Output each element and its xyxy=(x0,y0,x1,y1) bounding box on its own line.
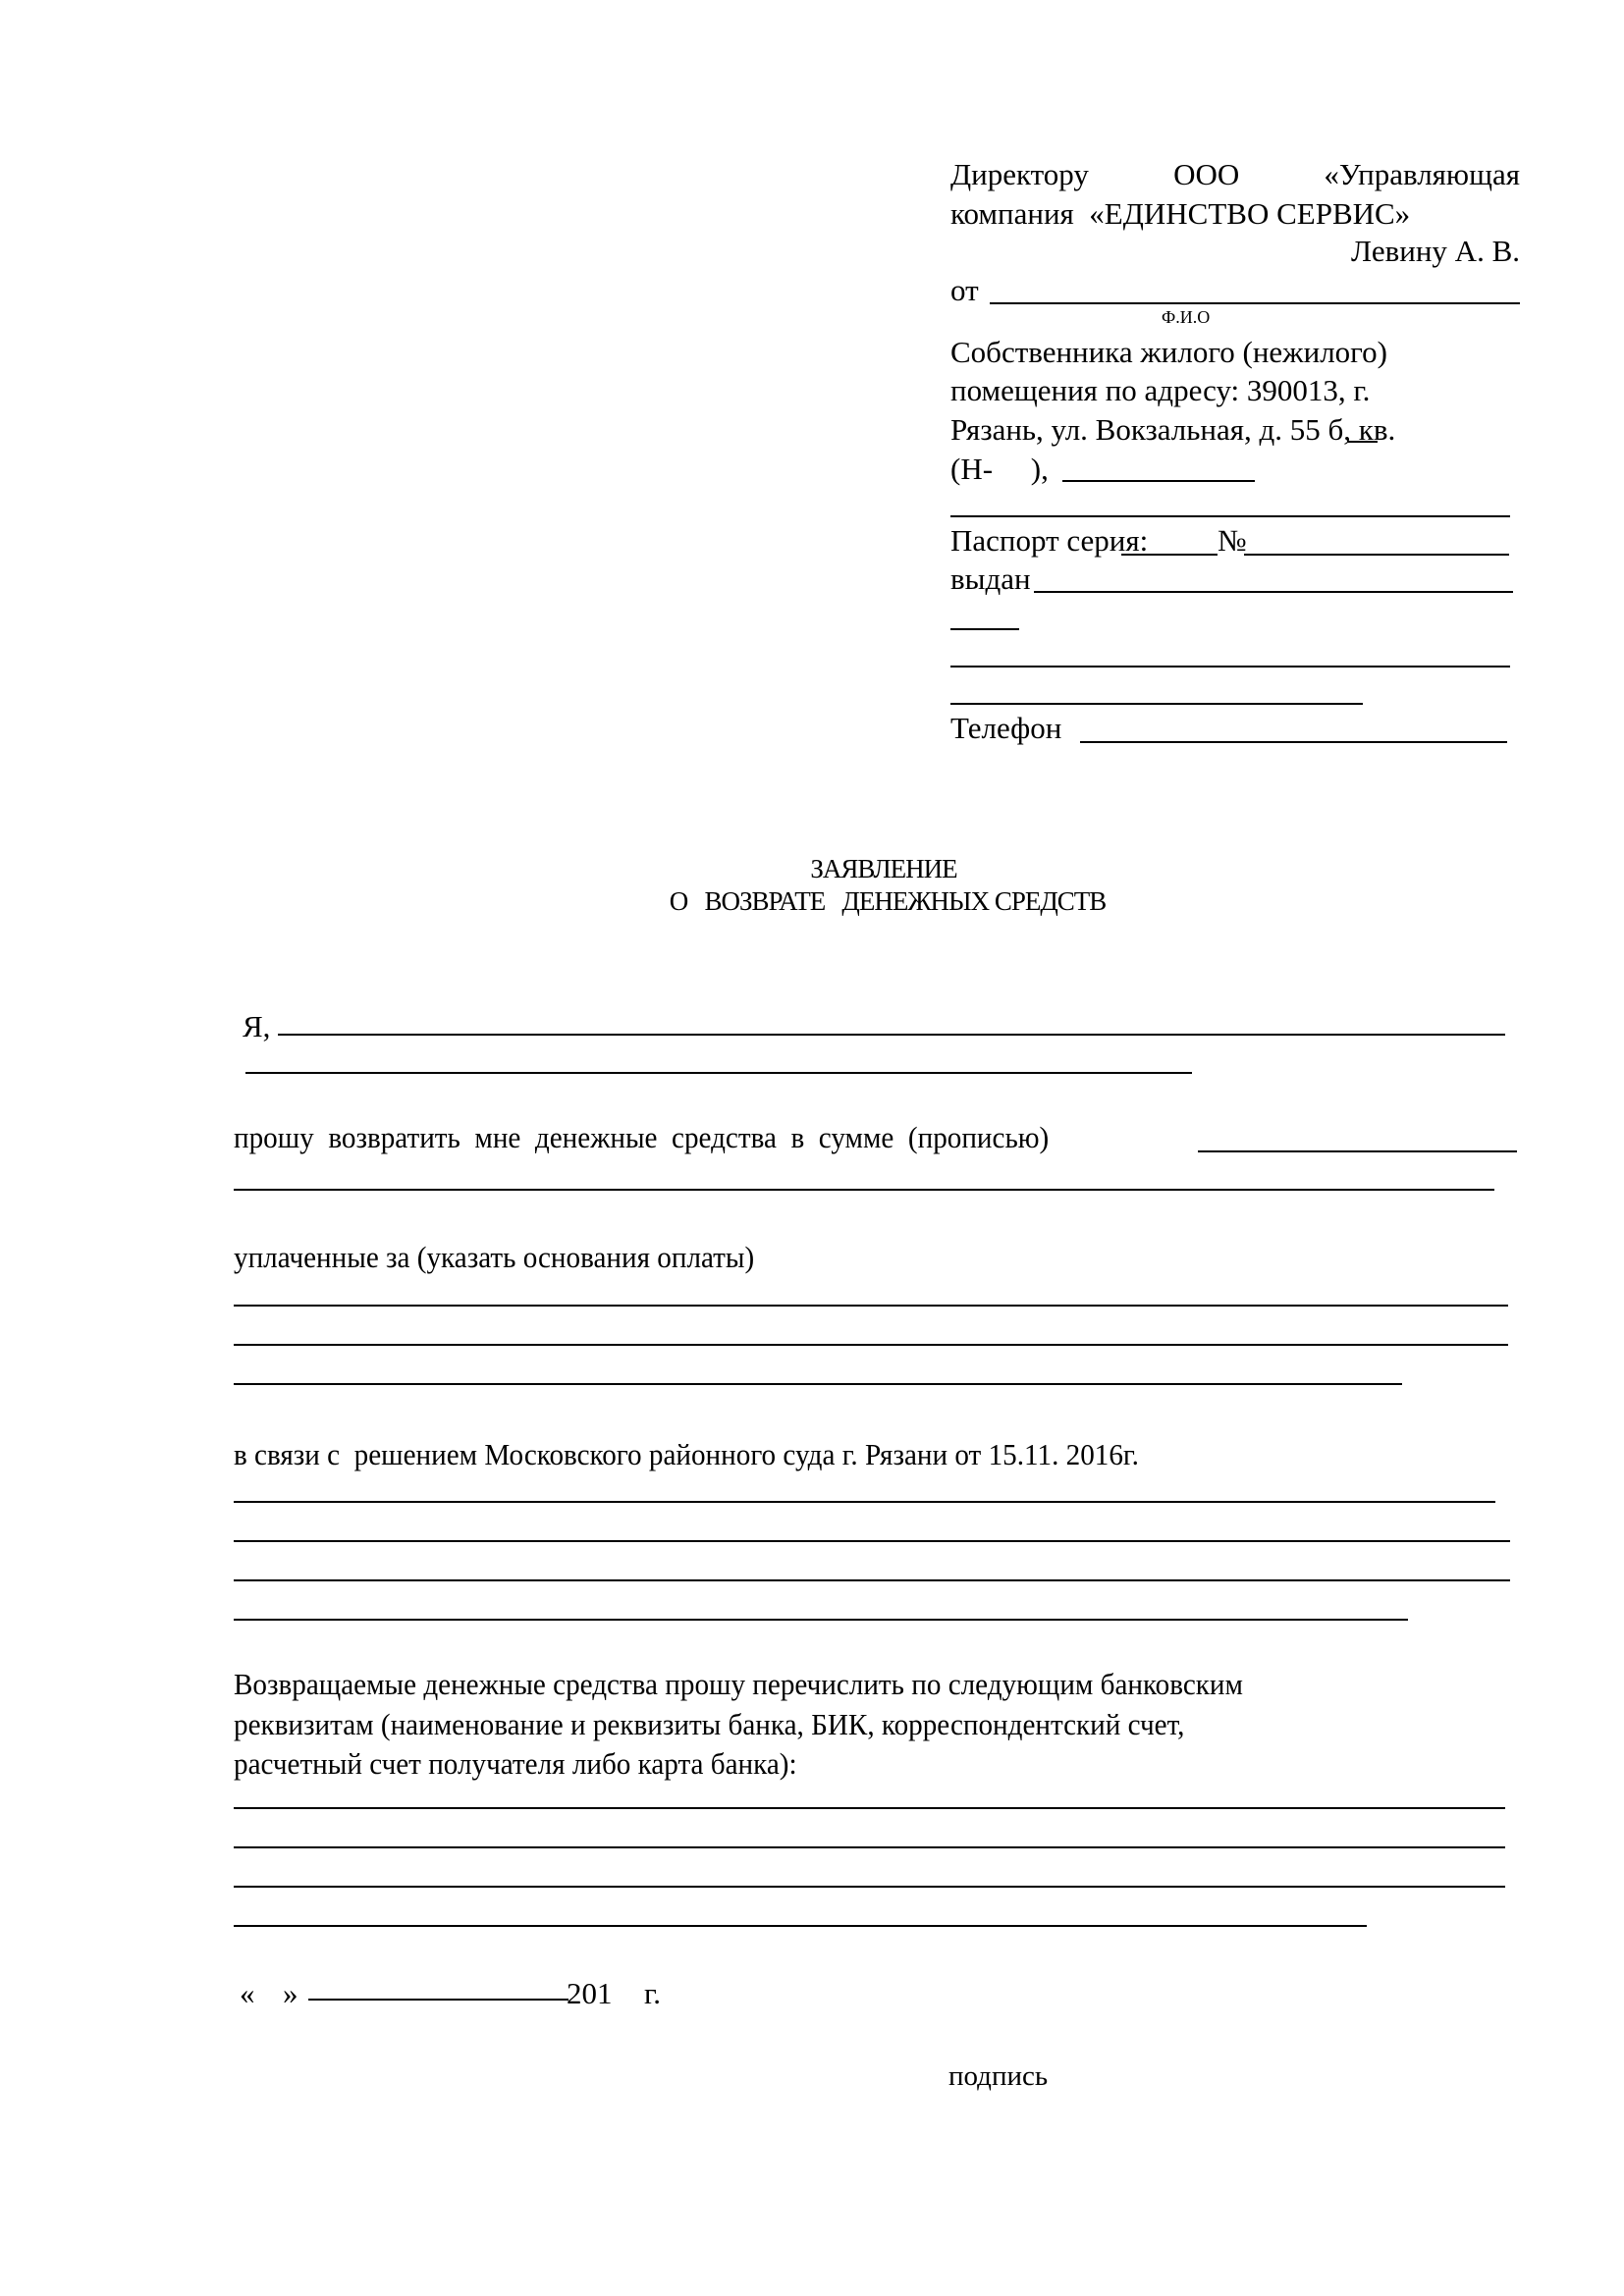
addressee-director: Директору xyxy=(950,159,1089,189)
phone-field[interactable] xyxy=(1080,741,1507,743)
date-month-field[interactable] xyxy=(308,1999,568,2001)
owner-line-4: (Н- ), xyxy=(950,454,1049,484)
bank-details-field-3[interactable] xyxy=(234,1886,1505,1888)
payment-basis-field-2[interactable] xyxy=(234,1344,1508,1346)
from-label: от xyxy=(950,275,979,305)
year-prefix: 201 xyxy=(567,1978,613,2008)
bank-details-field-2[interactable] xyxy=(234,1846,1505,1848)
addressee-company: компания «ЕДИНСТВО СЕРВИС» xyxy=(950,198,1410,229)
reason-field-2[interactable] xyxy=(234,1540,1510,1542)
addressee-name: Левину А. В. xyxy=(950,236,1520,266)
document-title: ЗАЯВЛЕНИЕ xyxy=(0,856,1624,882)
passport-label: Паспорт серия: xyxy=(950,525,1148,556)
bank-text-line-3: расчетный счет получателя либо карта бан… xyxy=(234,1748,797,1779)
reason-field-4[interactable] xyxy=(234,1619,1408,1621)
applicant-name-field[interactable] xyxy=(278,1034,1505,1036)
reason-field-1[interactable] xyxy=(234,1501,1495,1503)
phone-label: Телефон xyxy=(950,713,1061,743)
applicant-name-field-cont[interactable] xyxy=(245,1072,1192,1074)
bank-text-line-2: реквизитам (наименование и реквизиты бан… xyxy=(234,1709,1184,1739)
issued-by-field-line-3[interactable] xyxy=(950,703,1363,705)
bank-details-field-4[interactable] xyxy=(234,1925,1367,1927)
document-subtitle: О ВОЗВРАТЕ ДЕНЕЖНЫХ СРЕДСТВ xyxy=(0,888,1624,915)
request-text: прошу возвратить мне денежные средства в… xyxy=(234,1122,1049,1152)
owner-line-3: Рязань, ул. Вокзальная, д. 55 б, кв. xyxy=(950,414,1395,445)
addressee-ooo: ООО xyxy=(1173,159,1239,189)
issued-by-field-line-2[interactable] xyxy=(950,666,1510,667)
year-suffix: г. xyxy=(644,1978,661,2008)
payment-basis-field-1[interactable] xyxy=(234,1305,1508,1307)
paid-for-text: уплаченные за (указать основания оплаты) xyxy=(234,1242,754,1272)
amount-words-field[interactable] xyxy=(1198,1150,1517,1152)
from-fio-field[interactable] xyxy=(990,302,1520,304)
addressee-line-1: Директору ООО «Управляющая xyxy=(950,159,1520,189)
apartment-field[interactable] xyxy=(1348,441,1378,443)
addressee-company-start: «Управляющая xyxy=(1324,159,1520,189)
issued-by-field-cont[interactable] xyxy=(950,628,1019,630)
signature-label: подпись xyxy=(948,2062,1048,2091)
court-decision-text: в связи с решением Московского районного… xyxy=(234,1439,1139,1469)
i-label: Я, xyxy=(243,1011,270,1041)
bank-text-line-1: Возвращаемые денежные средства прошу пер… xyxy=(234,1669,1243,1699)
owner-line-2: помещения по адресу: 390013, г. xyxy=(950,375,1370,405)
passport-series-field[interactable] xyxy=(1121,554,1218,556)
address-continuation-field[interactable] xyxy=(950,515,1510,517)
fio-caption: Ф.И.О xyxy=(1162,308,1210,326)
number-sign: № xyxy=(1218,525,1247,556)
owner-extra-field[interactable] xyxy=(1062,480,1255,482)
issued-by-field[interactable] xyxy=(1034,591,1513,593)
amount-words-field-cont[interactable] xyxy=(234,1189,1494,1191)
owner-line-1: Собственника жилого (нежилого) xyxy=(950,337,1387,367)
date-quote-close: » xyxy=(283,1978,298,2008)
passport-number-field[interactable] xyxy=(1244,554,1509,556)
payment-basis-field-3[interactable] xyxy=(234,1383,1402,1385)
bank-details-field-1[interactable] xyxy=(234,1807,1505,1809)
reason-field-3[interactable] xyxy=(234,1579,1510,1581)
date-quote-open: « xyxy=(240,1978,255,2008)
issued-label: выдан xyxy=(950,563,1031,594)
